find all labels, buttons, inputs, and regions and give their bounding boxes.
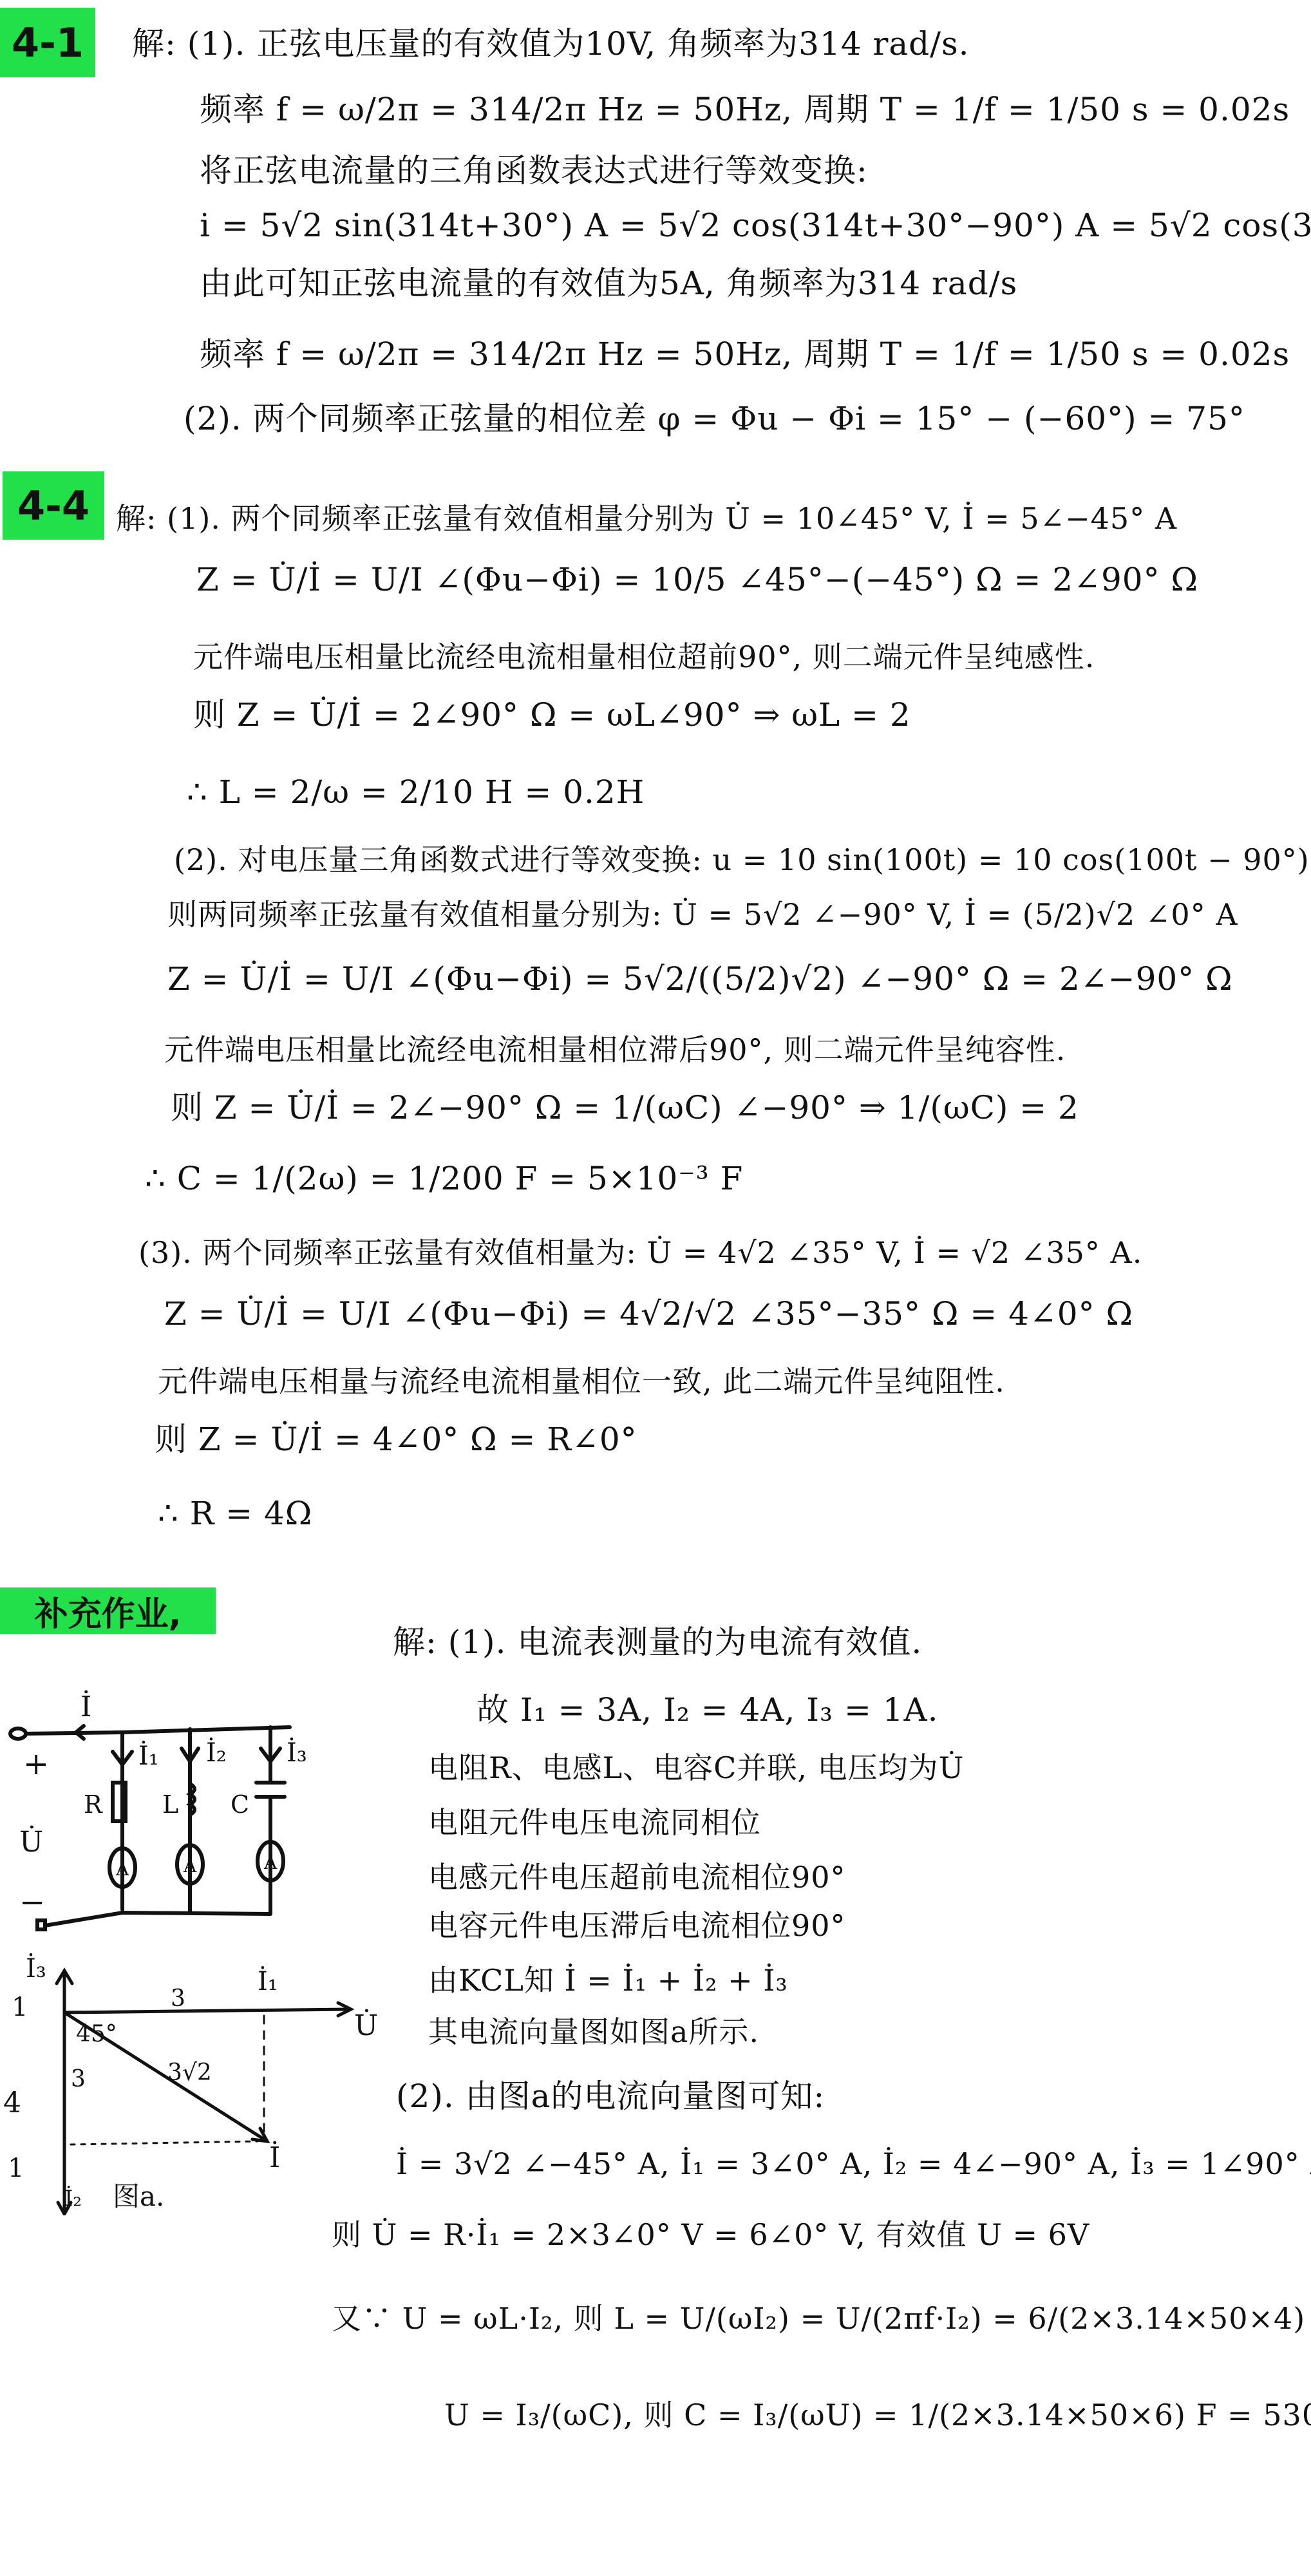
p44-line-6: (2). 对电压量三角函数式进行等效变换: u = 10 sin(100t) =… (174, 840, 1310, 879)
p44-line-1: 解: (1). 两个同频率正弦量有效值相量分别为 U̇ = 10∠45° V, … (116, 499, 1177, 538)
inductor-label: L (162, 1790, 178, 1819)
figure-caption: 图a. (113, 2181, 164, 2212)
sup-line-10: İ = 3√2 ∠−45° A, İ₁ = 3∠0° A, İ₂ = 4∠−90… (396, 2145, 1311, 2183)
mag-3-label: 3 (71, 2066, 86, 2092)
minus-terminal-label: − (19, 1884, 45, 1920)
p44-line-11: ∴ C = 1/(2ω) = 1/200 F = 5×10⁻³ F (145, 1159, 743, 1198)
mag-i1-label: 3 (171, 1985, 185, 2012)
mag-i-label: 3√2 (167, 2060, 212, 2086)
resistor-label: R (84, 1790, 103, 1819)
p44-line-16: ∴ R = 4Ω (158, 1494, 312, 1533)
sup-line-8: 其电流向量图如图a所示. (428, 2012, 759, 2051)
p44-line-2: Z = U̇/İ = U/I ∠(Φu−Φi) = 10/5 ∠45°−(−45… (196, 560, 1198, 599)
branch-current-3: İ₃ (287, 1738, 307, 1768)
p41-line-5: 由此可知正弦电流量的有效值为5A, 角频率为314 rad/s (200, 264, 1017, 303)
phasor-u-label: U̇ (354, 2008, 378, 2042)
sup-line-4: 电阻元件电压电流同相位 (428, 1803, 761, 1842)
p44-line-8: Z = U̇/İ = U/I ∠(Φu−Φi) = 5√2/((5/2)√2) … (167, 960, 1233, 998)
voltage-label: U̇ (19, 1824, 43, 1859)
source-current-label: İ (80, 1689, 91, 1723)
phasor-diagram-a: İ₃ İ₁ U̇ İ 45° 3√2 3 3 1 4 1 İ₂ 图a. (0, 1945, 386, 2215)
phasor-i3-label: İ₃ (26, 1953, 46, 1984)
problem-tag-4-4: 4-4 (3, 471, 104, 540)
p44-line-15: 则 Z = U̇/İ = 4∠0° Ω = R∠0° (155, 1420, 637, 1459)
sup-line-7: 由KCL知 İ = İ₁ + İ₂ + İ₃ (428, 1961, 788, 2000)
sup-line-13: U = I₃/(ωC), 则 C = I₃/(ωU) = 1/(2×3.14×5… (444, 2396, 1311, 2434)
angle-label: 45° (76, 2021, 117, 2047)
ammeter-1-icon: A (115, 1859, 129, 1880)
problem-tag-supplement: 补充作业, (0, 1587, 216, 1634)
side-1-bottom-label: 1 (8, 2154, 24, 2183)
p41-line-1: 解: (1). 正弦电压量的有效值为10V, 角频率为314 rad/s. (132, 24, 970, 63)
plus-terminal-label: + (23, 1746, 49, 1782)
sup-line-9: (2). 由图a的电流向量图可知: (396, 2077, 825, 2116)
p44-line-13: Z = U̇/İ = U/I ∠(Φu−Φi) = 4√2/√2 ∠35°−35… (164, 1294, 1133, 1333)
p44-line-3: 元件端电压相量比流经电流相量相位超前90°, 则二端元件呈纯感性. (193, 638, 1095, 676)
ammeter-2-icon: A (183, 1855, 197, 1877)
sup-line-5: 电感元件电压超前电流相位90° (428, 1858, 846, 1897)
p44-line-5: ∴ L = 2/ω = 2/10 H = 0.2H (187, 773, 645, 811)
p44-line-9: 元件端电压相量比流经电流相量相位滞后90°, 则二端元件呈纯容性. (164, 1030, 1066, 1069)
sup-line-11: 则 U̇ = R·İ₁ = 2×3∠0° V = 6∠0° V, 有效值 U =… (332, 2215, 1089, 2254)
branch-current-1: İ₁ (138, 1741, 159, 1771)
p44-line-10: 则 Z = U̇/İ = 2∠−90° Ω = 1/(ωC) ∠−90° ⇒ 1… (171, 1088, 1079, 1127)
sup-line-2: 故 I₁ = 3A, I₂ = 4A, I₃ = 1A. (476, 1690, 939, 1729)
sup-line-3: 电阻R、电感L、电容C并联, 电压均为U̇ (428, 1748, 964, 1787)
p41-line-6: 频率 f = ω/2π = 314/2π Hz = 50Hz, 周期 T = 1… (200, 335, 1290, 374)
capacitor-label: C (231, 1790, 249, 1819)
side-1-top-label: 1 (12, 1993, 28, 2022)
problem-tag-4-1: 4-1 (0, 8, 95, 77)
side-4-label: 4 (3, 2087, 21, 2119)
ammeter-3-icon: A (263, 1852, 278, 1873)
p41-line-4: i = 5√2 sin(314t+30°) A = 5√2 cos(314t+3… (200, 206, 1311, 245)
phasor-i1-label: İ₁ (258, 1966, 278, 1996)
p44-line-12: (3). 两个同频率正弦量有效值相量为: U̇ = 4√2 ∠35° V, İ … (138, 1233, 1142, 1272)
phasor-i-label: İ (269, 2140, 280, 2174)
sup-line-1: 解: (1). 电流表测量的为电流有效值. (393, 1623, 922, 1662)
sup-line-6: 电容元件电压滞后电流相位90° (428, 1906, 846, 1945)
p44-line-14: 元件端电压相量与流经电流相量相位一致, 此二端元件呈纯阻性. (158, 1362, 1005, 1401)
sup-line-12: 又∵ U = ωL·I₂, 则 L = U/(ωI₂) = U/(2πf·I₂)… (332, 2299, 1311, 2338)
branch-current-2: İ₂ (206, 1738, 227, 1768)
phasor-i2-label: İ₂ (64, 2186, 82, 2211)
p41-line-3: 将正弦电流量的三角函数表达式进行等效变换: (200, 151, 868, 190)
p41-line-7: (2). 两个同频率正弦量的相位差 φ = Φu − Φi = 15° − (−… (184, 399, 1245, 438)
p44-line-7: 则两同频率正弦量有效值相量分别为: U̇ = 5√2 ∠−90° V, İ = … (167, 895, 1238, 934)
p41-line-2: 频率 f = ω/2π = 314/2π Hz = 50Hz, 周期 T = 1… (200, 90, 1290, 129)
rlc-parallel-circuit: İ + − U̇ İ₁ İ₂ İ₃ R L C A A A (0, 1636, 361, 1932)
p44-line-4: 则 Z = U̇/İ = 2∠90° Ω = ωL∠90° ⇒ ωL = 2 (193, 696, 911, 734)
